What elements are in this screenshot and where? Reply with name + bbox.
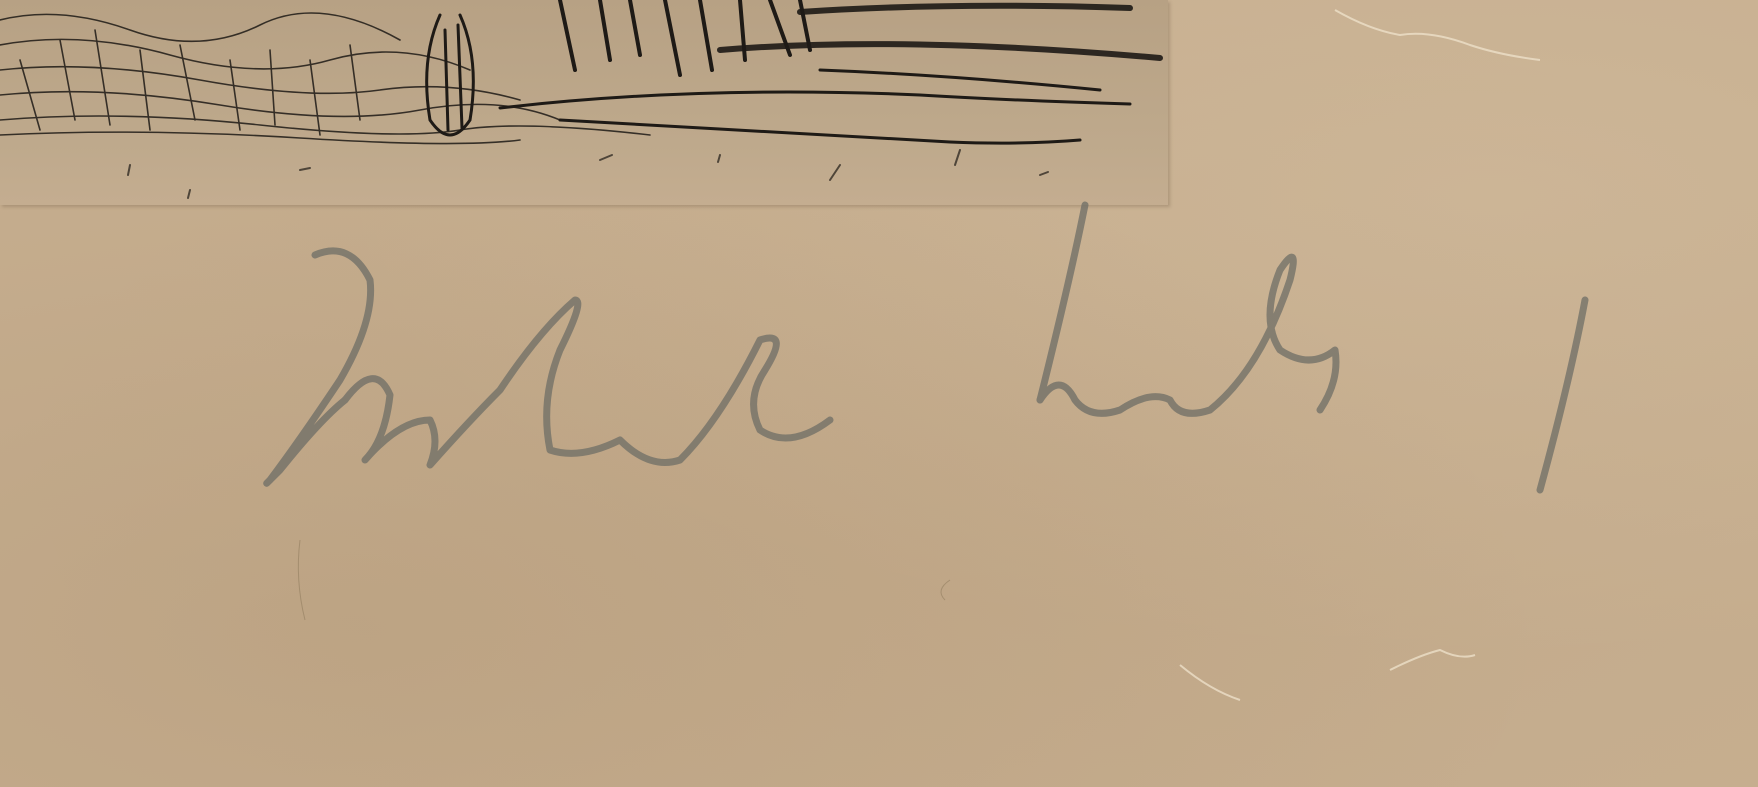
signature-strokes [0,0,1758,787]
paper-sheet: Hubert Kraft [0,0,1758,787]
pencil-signature: Hubert Kraft [0,0,1758,787]
